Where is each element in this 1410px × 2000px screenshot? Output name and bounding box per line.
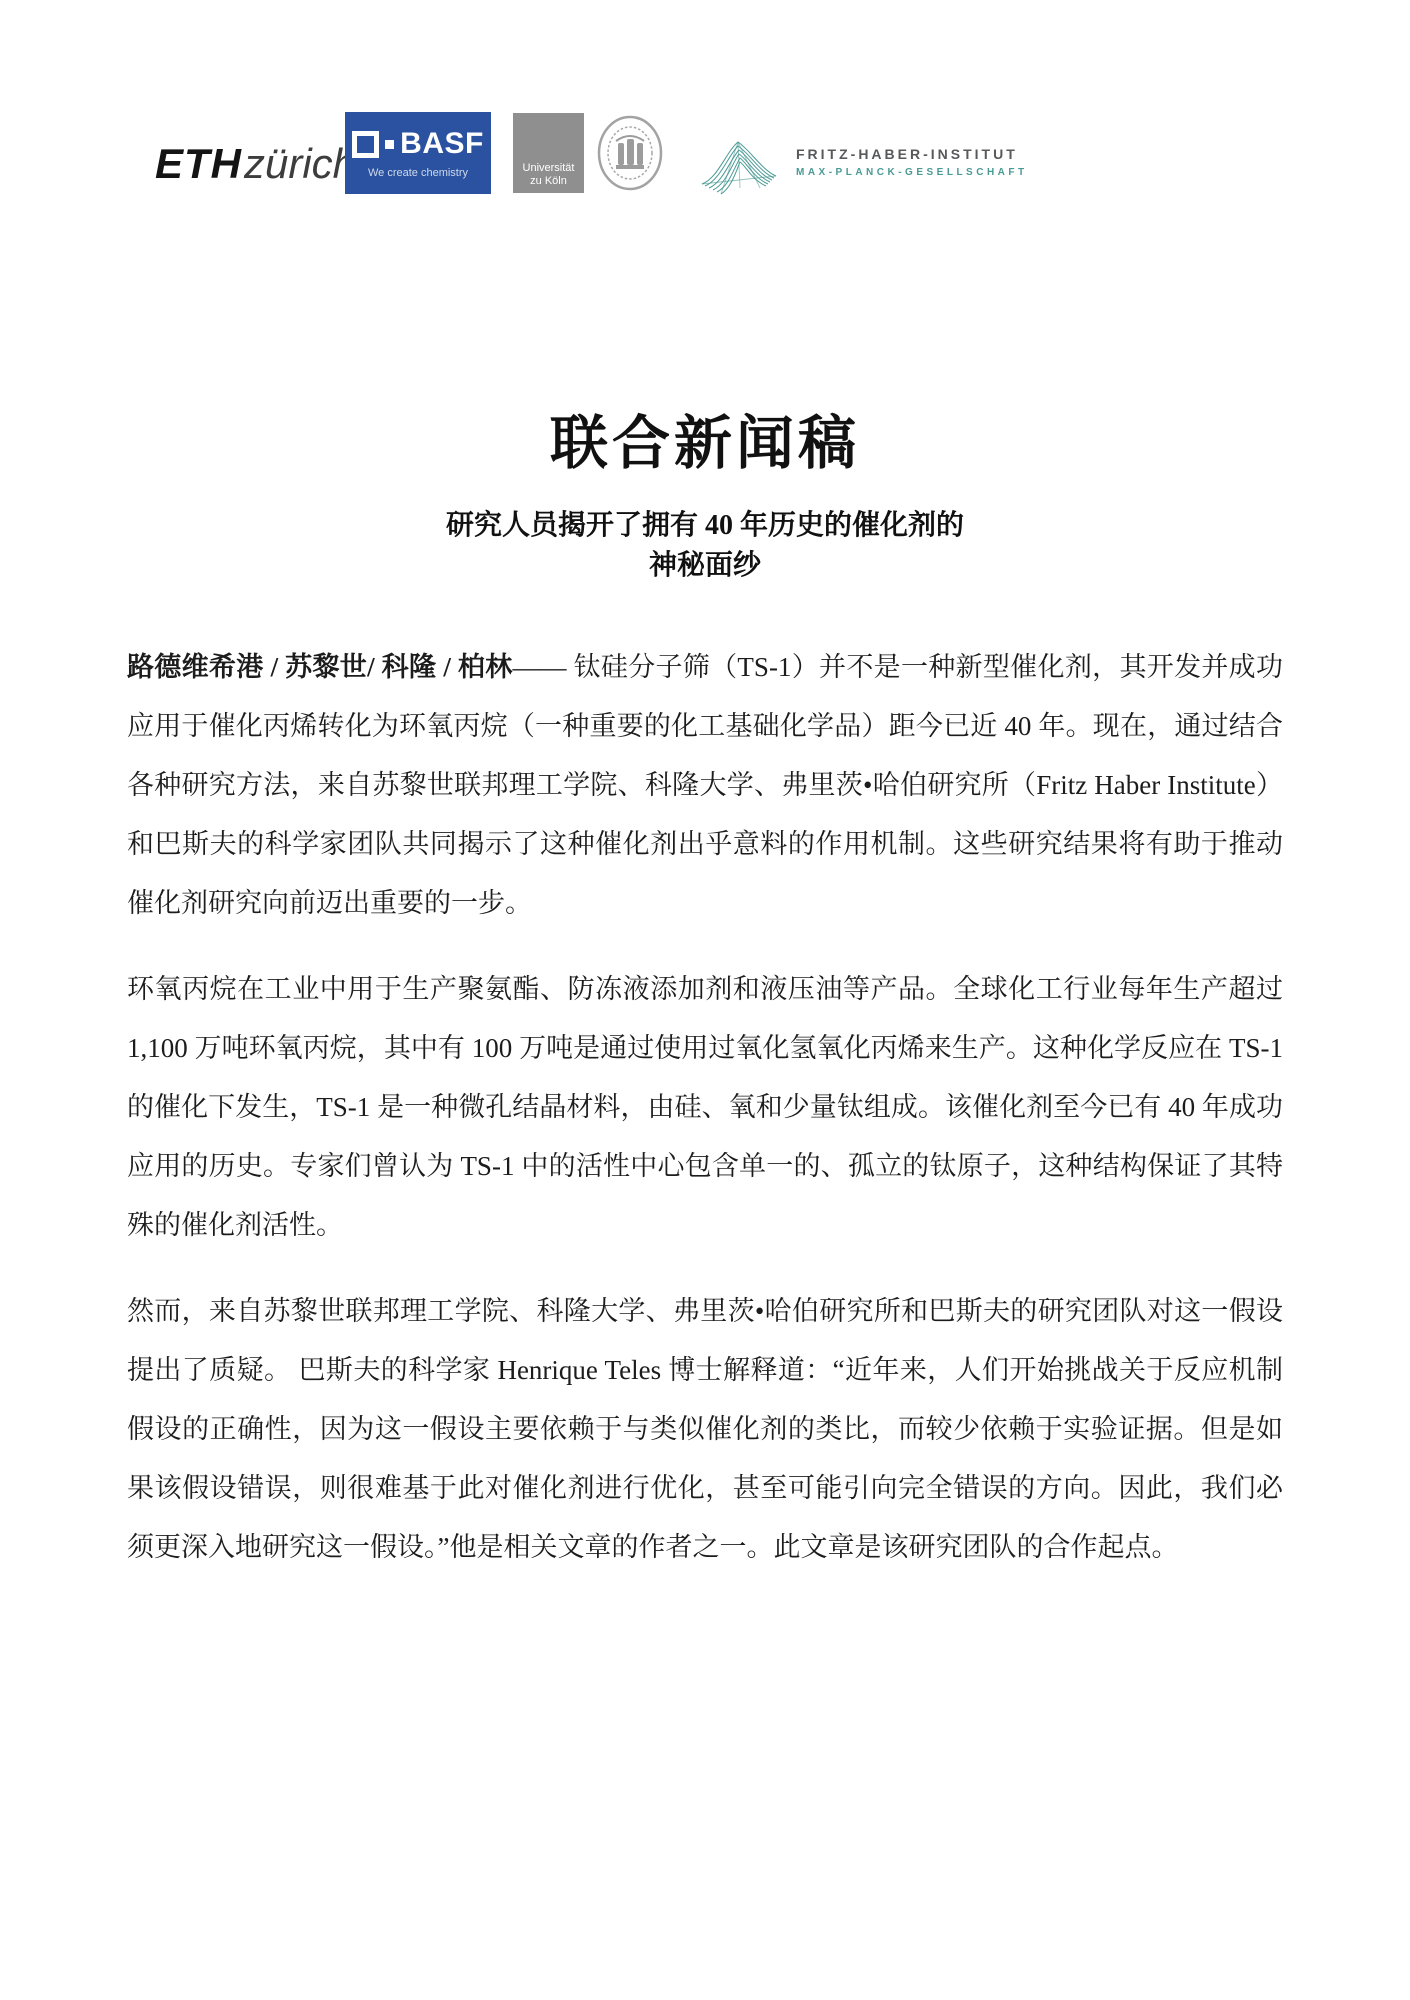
page-title: 联合新闻稿 bbox=[127, 396, 1283, 480]
fhi-institute-name: FRITZ-HABER-INSTITUT bbox=[796, 146, 1028, 162]
fhi-text-block: FRITZ-HABER-INSTITUT MAX-PLANCK-GESELLSC… bbox=[796, 146, 1028, 196]
eth-zurich-text: zürich bbox=[244, 140, 356, 187]
press-release-page: ETHzürich BASF We create chemistry Unive… bbox=[0, 0, 1410, 2000]
eth-logo-text: ETH bbox=[155, 140, 242, 187]
paragraph-1: 路德维希港 / 苏黎世/ 科隆 / 柏林—— 钛硅分子筛（TS-1）并不是一种新… bbox=[127, 638, 1283, 933]
paragraph-2: 环氧丙烷在工业中用于生产聚氨酯、防冻液添加剂和液压油等产品。全球化工行业每年生产… bbox=[127, 960, 1283, 1255]
paragraph-1-text: —— 钛硅分子筛（TS-1）并不是一种新型催化剂，其开发并成功应用于催化丙烯转化… bbox=[127, 652, 1283, 918]
logo-band: ETHzürich BASF We create chemistry Unive… bbox=[0, 108, 1410, 218]
basf-logo: BASF We create chemistry bbox=[345, 112, 491, 194]
uni-koeln-logo: Universität zu Köln bbox=[513, 113, 584, 193]
uni-koeln-line1: Universität bbox=[523, 162, 575, 175]
basf-wordmark: BASF bbox=[400, 127, 484, 161]
basf-dot-icon bbox=[385, 140, 394, 149]
subtitle-line-1: 研究人员揭开了拥有 40 年历史的催化剂的 bbox=[127, 506, 1283, 546]
fritz-haber-institut-logo: FRITZ-HABER-INSTITUT MAX-PLANCK-GESELLSC… bbox=[700, 118, 1028, 196]
basf-tagline: We create chemistry bbox=[368, 167, 468, 179]
page-subtitle: 研究人员揭开了拥有 40 年历史的催化剂的 神秘面纱 bbox=[127, 506, 1283, 586]
eth-zurich-logo: ETHzürich bbox=[155, 140, 356, 188]
paragraph-3: 然而，来自苏黎世联邦理工学院、科隆大学、弗里茨•哈伯研究所和巴斯夫的研究团队对这… bbox=[127, 1282, 1283, 1577]
fhi-society-name: MAX-PLANCK-GESELLSCHAFT bbox=[796, 167, 1028, 178]
basf-square-icon bbox=[352, 131, 379, 158]
basf-logo-row: BASF bbox=[352, 127, 484, 161]
fhi-mountain-icon bbox=[700, 118, 778, 196]
document-content: 联合新闻稿 研究人员揭开了拥有 40 年历史的催化剂的 神秘面纱 路德维希港 /… bbox=[127, 396, 1283, 1604]
subtitle-line-2: 神秘面纱 bbox=[127, 546, 1283, 586]
dateline-cities: 路德维希港 / 苏黎世/ 科隆 / 柏林 bbox=[127, 652, 513, 682]
uni-koeln-line2: zu Köln bbox=[530, 175, 567, 188]
uni-koeln-seal-icon bbox=[596, 113, 664, 193]
